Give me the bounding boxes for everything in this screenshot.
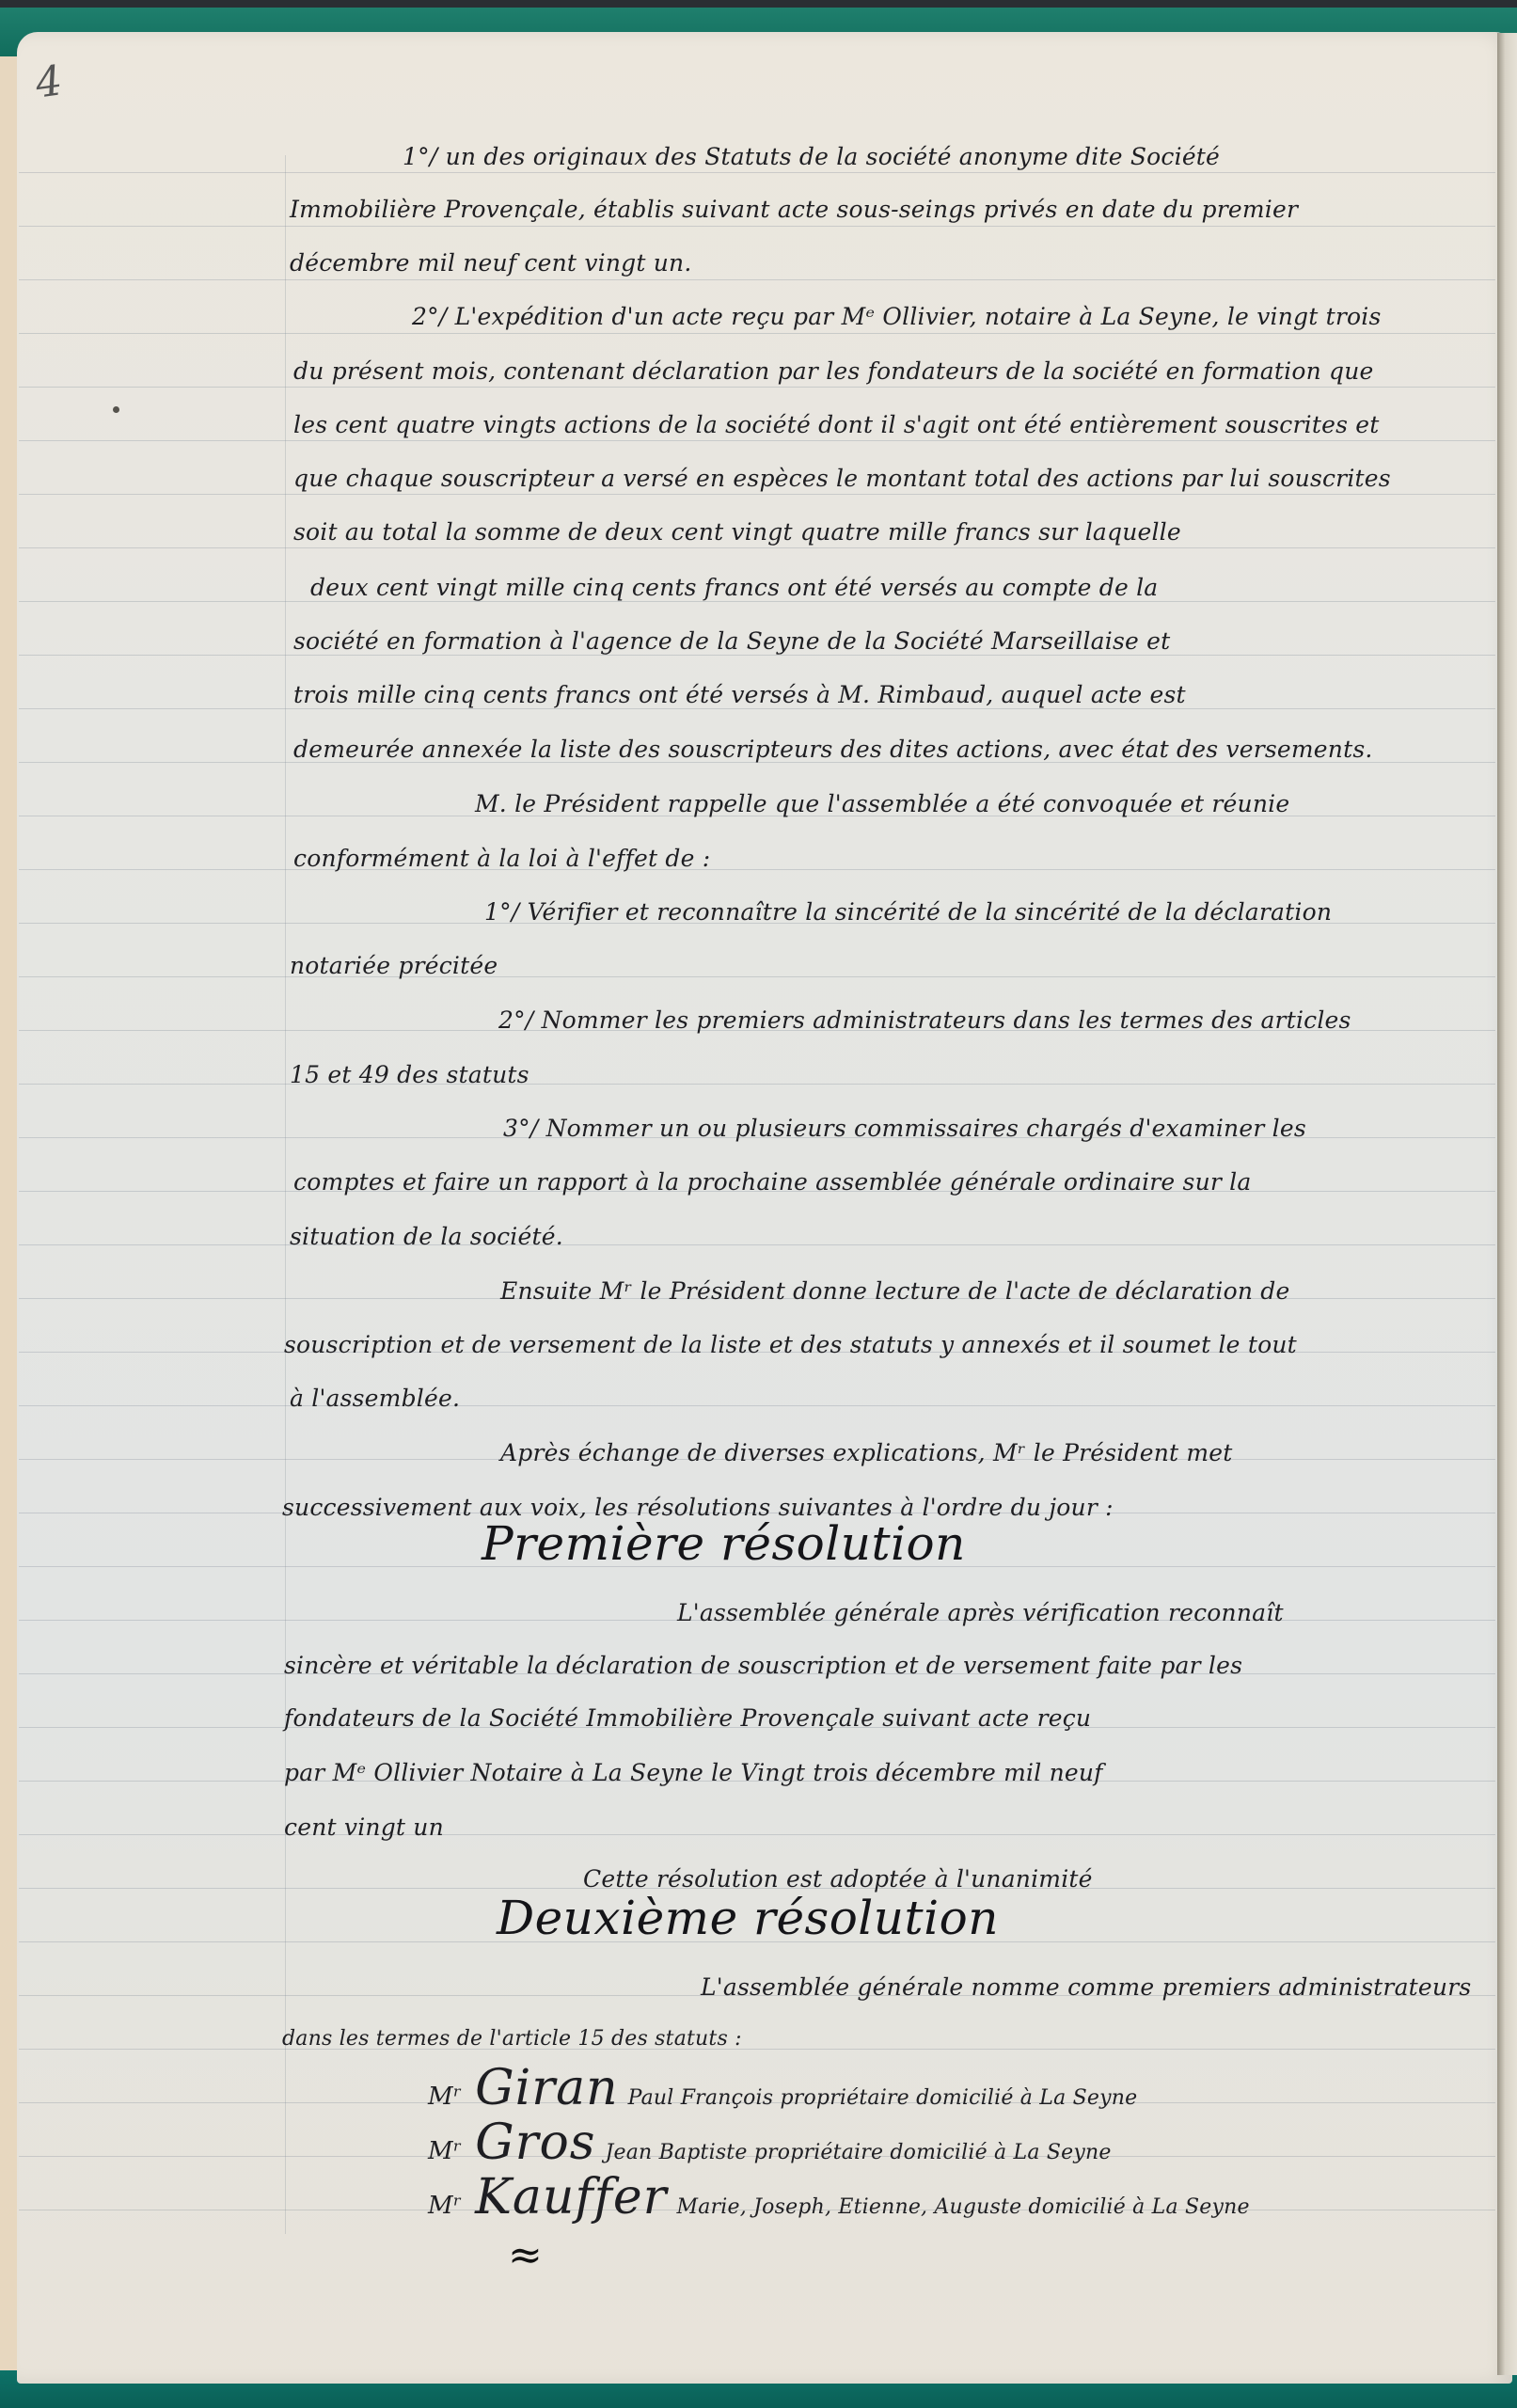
text-line: conformément à la loi à l'effet de : [293, 845, 710, 872]
text-line: Ensuite Mʳ le Président donne lecture de… [500, 1277, 1290, 1305]
ink-spot [113, 406, 119, 413]
text-line: M. le Président rappelle que l'assemblée… [475, 790, 1289, 817]
text-line: sincère et véritable la déclaration de s… [284, 1652, 1242, 1679]
ruled-line [19, 547, 1495, 548]
adoption-note: Cette résolution est adoptée à l'unanimi… [583, 1865, 1093, 1893]
administrator-surname: Gros [475, 2115, 595, 2171]
text-line: deux cent vingt mille cinq cents francs … [310, 574, 1158, 601]
administrator-entry: MʳKaufferMarie, Joseph, Etienne, Auguste… [428, 2169, 1250, 2226]
text-line: fondateurs de la Société Immobilière Pro… [284, 1704, 1091, 1732]
administrator-surname: Giran [475, 2060, 619, 2116]
text-line: société en formation à l'agence de la Se… [293, 627, 1170, 655]
ruled-line [19, 226, 1495, 227]
text-line: Après échange de diverses explications, … [500, 1439, 1233, 1466]
ruled-line [19, 976, 1495, 977]
ruled-line [19, 1244, 1495, 1245]
text-line: notariée précitée [290, 952, 498, 979]
resolution-heading: Première résolution [482, 1516, 966, 1571]
text-line: souscription et de versement de la liste… [284, 1331, 1297, 1358]
administrator-detail: Paul François propriétaire domicilié à L… [628, 2086, 1138, 2110]
text-line: par Mᵉ Ollivier Notaire à La Seyne le Vi… [284, 1759, 1103, 1786]
ruled-line [19, 2049, 1495, 2050]
agenda-item: 3°/ Nommer un ou plusieurs commissaires … [503, 1115, 1306, 1142]
ruled-line [19, 1405, 1495, 1406]
text-line: cent vingt un [284, 1814, 444, 1841]
text-line: L'assemblée générale après vérification … [677, 1599, 1284, 1626]
text-line: comptes et faire un rapport à la prochai… [293, 1168, 1251, 1196]
ruled-line [19, 333, 1495, 334]
administrator-entry: MʳGiranPaul François propriétaire domici… [428, 2060, 1137, 2116]
ledger-page [17, 32, 1512, 2384]
text-line: trois mille cinq cents francs ont été ve… [293, 681, 1186, 708]
agenda-item: 1°/ Vérifier et reconnaître la sincérité… [484, 898, 1332, 926]
ruled-line [19, 279, 1495, 280]
ruled-line [19, 655, 1495, 656]
administrator-entry: MʳGrosJean Baptiste propriétaire domicil… [428, 2115, 1112, 2171]
text-line: L'assemblée générale nomme comme premier… [701, 1973, 1471, 2001]
ruled-line [19, 1834, 1495, 1835]
administrator-surname: Kauffer [475, 2169, 667, 2226]
text-line: 2°/ L'expédition d'un acte reçu par Mᵉ O… [412, 303, 1381, 330]
administrator-detail: Jean Baptiste propriétaire domicilié à L… [605, 2141, 1111, 2164]
previous-page-edge [0, 56, 19, 2380]
ruled-line [19, 172, 1495, 173]
flourish-mark: ≈ [508, 2231, 543, 2279]
text-line: Immobilière Provençale, établis suivant … [290, 196, 1298, 223]
ruled-line [19, 708, 1495, 709]
text-line: décembre mil neuf cent vingt un. [290, 249, 692, 277]
administrator-title: Mʳ [428, 2192, 462, 2220]
text-line: demeurée annexée la liste des souscripte… [293, 736, 1373, 763]
ruled-line [19, 1084, 1495, 1085]
ruled-line [19, 601, 1495, 602]
ruled-line [19, 440, 1495, 441]
margin-line [285, 155, 286, 2234]
resolution-heading: Deuxième résolution [497, 1891, 999, 1945]
text-line: du présent mois, contenant déclaration p… [293, 357, 1374, 385]
text-line: que chaque souscripteur a versé en espèc… [293, 465, 1391, 492]
text-line: dans les termes de l'article 15 des stat… [282, 2027, 742, 2051]
text-line: situation de la société. [290, 1223, 563, 1250]
text-line: soit au total la somme de deux cent ving… [293, 518, 1181, 546]
text-line: les cent quatre vingts actions de la soc… [293, 411, 1380, 438]
text-line: 15 et 49 des statuts [290, 1061, 529, 1088]
ruled-line [19, 494, 1495, 495]
administrator-title: Mʳ [428, 2137, 462, 2165]
ruled-line [19, 387, 1495, 388]
ruled-line [19, 869, 1495, 870]
agenda-item: 2°/ Nommer les premiers administrateurs … [498, 1006, 1351, 1034]
text-line: à l'assemblée. [290, 1385, 460, 1412]
administrator-detail: Marie, Joseph, Etienne, Auguste domicili… [677, 2195, 1250, 2219]
administrator-title: Mʳ [428, 2083, 462, 2111]
text-line: 1°/ un des originaux des Statuts de la s… [403, 143, 1220, 170]
page-stack-edge [1497, 33, 1517, 2375]
